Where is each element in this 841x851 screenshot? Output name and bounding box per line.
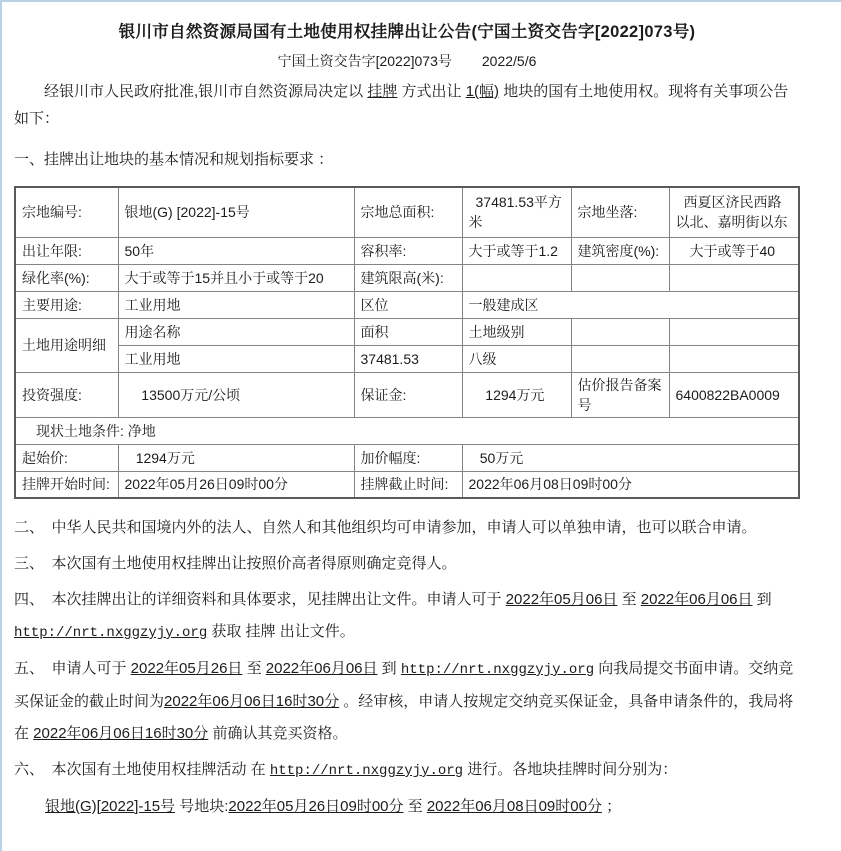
- intro-paragraph: 经银川市人民政府批准,银川市自然资源局决定以 挂牌 方式出让 1(幅) 地块的国…: [14, 78, 800, 132]
- text-segment: ；: [602, 798, 621, 815]
- text-segment: 三、 本次国有土地使用权挂牌出让按照价高者得原则确定竞得人。: [14, 555, 457, 572]
- paragraph-four: 四、 本次挂牌出让的详细资料和具体要求，见挂牌出让文件。申请人可于 2022年0…: [14, 584, 800, 649]
- table-cell: 挂牌开始时间:: [15, 471, 118, 498]
- underlined-text: 2022年06月08日09时00分: [427, 798, 602, 815]
- table-cell: 土地用途明细: [15, 318, 118, 372]
- text-segment: 经银川市人民政府批准,银川市自然资源局决定以: [44, 83, 367, 100]
- table-cell: [669, 318, 799, 345]
- table-cell: 大于或等于40: [669, 237, 799, 264]
- text-segment: 五、 申请人可于: [14, 660, 131, 677]
- underlined-text: 2022年05月26日: [131, 660, 243, 677]
- underlined-text: 银地(G)[2022]-15号: [45, 798, 175, 815]
- table-cell: 加价幅度:: [354, 444, 462, 471]
- text-segment: 二、 中华人民共和国境内外的法人、自然人和其他组织均可申请参加，申请人可以单独申…: [14, 519, 757, 536]
- url-link[interactable]: http://nrt.nxggzyjy.org: [401, 662, 594, 678]
- paragraph-two: 二、 中华人民共和国境内外的法人、自然人和其他组织均可申请参加，申请人可以单独申…: [14, 512, 800, 544]
- table-cell: 1294万元: [462, 372, 571, 417]
- text-segment: 方式出让: [397, 83, 465, 100]
- table-cell: 区位: [354, 291, 462, 318]
- table-cell: 八级: [462, 345, 571, 372]
- table-cell: [571, 345, 669, 372]
- table-cell: 面积: [354, 318, 462, 345]
- table-cell: 宗地总面积:: [354, 187, 462, 237]
- text-segment: 进行。各地块挂牌时间分别为：: [463, 761, 677, 778]
- table-cell: 建筑密度(%):: [571, 237, 669, 264]
- announcement-page: 银川市自然资源局国有土地使用权挂牌出让公告(宁国土资交告字[2022]073号)…: [0, 0, 841, 851]
- table-cell: [571, 318, 669, 345]
- paragraph-three: 三、 本次国有土地使用权挂牌出让按照价高者得原则确定竞得人。: [14, 548, 800, 580]
- table-cell: [669, 264, 799, 291]
- table-row: 投资强度:13500万元/公顷保证金:1294万元估价报告备案号6400822B…: [15, 372, 799, 417]
- table-row: 工业用地37481.53八级: [15, 345, 799, 372]
- table-row: 出让年限:50年容积率:大于或等于1.2建筑密度(%):大于或等于40: [15, 237, 799, 264]
- table-cell: 一般建成区: [462, 291, 799, 318]
- table-cell: 用途名称: [118, 318, 354, 345]
- table-cell: 投资强度:: [15, 372, 118, 417]
- table-cell: 容积率:: [354, 237, 462, 264]
- table-row: 绿化率(%):大于或等于15并且小于或等于20建筑限高(米):: [15, 264, 799, 291]
- table-cell: [462, 264, 571, 291]
- text-segment: 到: [753, 591, 772, 608]
- table-row: 主要用途:工业用地区位一般建成区: [15, 291, 799, 318]
- paragraph-six: 六、 本次国有土地使用权挂牌活动 在 http://nrt.nxggzyjy.o…: [14, 754, 800, 787]
- land-parcel-table: 宗地编号:银地(G) [2022]-15号宗地总面积:37481.53平方米宗地…: [14, 186, 800, 499]
- page-title: 银川市自然资源局国有土地使用权挂牌出让公告(宁国土资交告字[2022]073号): [14, 18, 800, 42]
- text-segment: 至: [242, 660, 265, 677]
- underlined-text: 2022年05月26日09时00分: [228, 798, 403, 815]
- underlined-text: 2022年06月06日16时30分: [164, 693, 339, 710]
- underlined-text: 1(幅): [466, 83, 499, 100]
- url-link[interactable]: http://nrt.nxggzyjy.org: [14, 625, 207, 641]
- table-cell: 37481.53平方米: [462, 187, 571, 237]
- table-cell: 土地级别: [462, 318, 571, 345]
- land-parcel-table-body: 宗地编号:银地(G) [2022]-15号宗地总面积:37481.53平方米宗地…: [15, 187, 799, 498]
- section-one-heading: 一、挂牌出让地块的基本情况和规划指标要求 ：: [14, 148, 800, 169]
- paragraph-five: 五、 申请人可于 2022年05月26日 至 2022年06月06日 到 htt…: [14, 653, 800, 750]
- table-cell: 挂牌截止时间:: [354, 471, 462, 498]
- table-cell: 大于或等于15并且小于或等于20: [118, 264, 354, 291]
- table-cell: 工业用地: [118, 291, 354, 318]
- table-row: 土地用途明细用途名称面积土地级别: [15, 318, 799, 345]
- doc-number: 宁国土资交告字[2022]073号: [278, 53, 452, 69]
- url-link[interactable]: http://nrt.nxggzyjy.org: [270, 763, 463, 779]
- underlined-text: 2022年06月06日: [641, 591, 753, 608]
- text-segment: 前确认其竞买资格。: [208, 725, 347, 742]
- text-segment: 四、 本次挂牌出让的详细资料和具体要求，见挂牌出让文件。申请人可于: [14, 591, 506, 608]
- underlined-text: 挂牌: [367, 83, 397, 100]
- table-row: 挂牌开始时间:2022年05月26日09时00分挂牌截止时间:2022年06月0…: [15, 471, 799, 498]
- text-segment: 六、 本次国有土地使用权挂牌活动 在: [14, 761, 270, 778]
- text-segment: 号地块:: [175, 798, 228, 815]
- table-cell: 50万元: [462, 444, 799, 471]
- table-cell: 主要用途:: [15, 291, 118, 318]
- text-segment: 获取 挂牌 出让文件。: [207, 623, 355, 640]
- text-segment: 到: [378, 660, 401, 677]
- table-cell: 起始价:: [15, 444, 118, 471]
- table-cell: 2022年06月08日09时00分: [462, 471, 799, 498]
- table-cell: 宗地坐落:: [571, 187, 669, 237]
- table-cell: 银地(G) [2022]-15号: [118, 187, 354, 237]
- table-row: 现状土地条件: 净地: [15, 417, 799, 444]
- paragraph-six-parcel-line: 银地(G)[2022]-15号 号地块:2022年05月26日09时00分 至 …: [45, 791, 800, 823]
- table-cell: 2022年05月26日09时00分: [118, 471, 354, 498]
- table-cell: 绿化率(%):: [15, 264, 118, 291]
- table-cell: [571, 264, 669, 291]
- underlined-text: 2022年06月06日: [266, 660, 378, 677]
- table-cell: 估价报告备案号: [571, 372, 669, 417]
- table-cell: 50年: [118, 237, 354, 264]
- table-cell: 宗地编号:: [15, 187, 118, 237]
- table-cell: 1294万元: [118, 444, 354, 471]
- table-cell: 现状土地条件: 净地: [15, 417, 799, 444]
- table-cell: 13500万元/公顷: [118, 372, 354, 417]
- text-segment: 至: [617, 591, 640, 608]
- underlined-text: 2022年05月06日: [506, 591, 618, 608]
- table-row: 宗地编号:银地(G) [2022]-15号宗地总面积:37481.53平方米宗地…: [15, 187, 799, 237]
- underlined-text: 2022年06月06日16时30分: [33, 725, 208, 742]
- table-cell: 6400822BA0009: [669, 372, 799, 417]
- table-cell: 工业用地: [118, 345, 354, 372]
- table-cell: 建筑限高(米):: [354, 264, 462, 291]
- table-cell: 西夏区济民西路以北、嘉明街以东: [669, 187, 799, 237]
- table-cell: 保证金:: [354, 372, 462, 417]
- doc-meta-line: 宁国土资交告字[2022]073号2022/5/6: [14, 51, 800, 71]
- table-cell: 大于或等于1.2: [462, 237, 571, 264]
- text-segment: 至: [404, 798, 427, 815]
- table-cell: 37481.53: [354, 345, 462, 372]
- doc-date: 2022/5/6: [482, 53, 537, 69]
- table-cell: [669, 345, 799, 372]
- table-row: 起始价:1294万元加价幅度:50万元: [15, 444, 799, 471]
- table-cell: 出让年限:: [15, 237, 118, 264]
